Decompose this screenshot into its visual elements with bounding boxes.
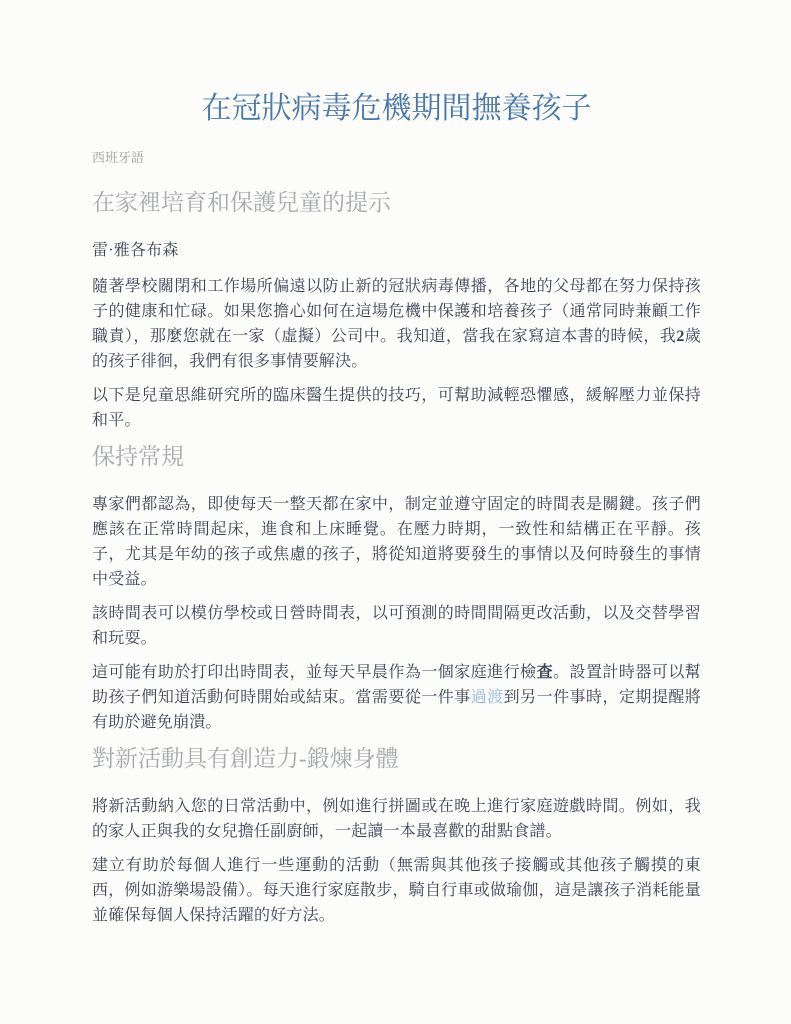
paragraph: 這可能有助於打印出時間表，並每天早晨作為一個家庭進行檢查。設置計時器可以幫助孩子… bbox=[92, 660, 701, 735]
paragraph: 該時間表可以模仿學校或日營時間表，以可預測的時間間隔更改活動，以及交替學習和玩耍… bbox=[92, 601, 701, 651]
bold-text: 查 bbox=[537, 664, 553, 681]
paragraph: 專家們都認為，即使每天一整天都在家中，制定並遵守固定的時間表是關鍵。孩子們應該在… bbox=[92, 492, 701, 592]
text-run: 建立有助於每個人進行一些運動的活動（無需與其他孩子接觸或其他孩子觸摸的東西，例如… bbox=[92, 857, 701, 924]
language-link[interactable]: 西班牙語 bbox=[92, 149, 144, 166]
section-heading-routine: 保持常規 bbox=[92, 442, 701, 472]
subtitle-heading: 在家裡培育和保護兒童的提示 bbox=[92, 188, 701, 218]
section-routine-paragraphs: 專家們都認為，即使每天一整天都在家中，制定並遵守固定的時間表是關鍵。孩子們應該在… bbox=[92, 492, 701, 735]
section-activities-paragraphs: 將新活動納入您的日常活動中，例如進行拼圖或在晚上進行家庭遊戲時間。例如，我的家人… bbox=[92, 794, 701, 928]
paragraph: 將新活動納入您的日常活動中，例如進行拼圖或在晚上進行家庭遊戲時間。例如，我的家人… bbox=[92, 794, 701, 844]
text-run: 隨著學校關閉和工作場所偏遠以防止新的冠狀病毒傳播，各地的父母都在努力保持孩子的健… bbox=[92, 278, 701, 345]
paragraph: 建立有助於每個人進行一些運動的活動（無需與其他孩子接觸或其他孩子觸摸的東西，例如… bbox=[92, 853, 701, 928]
text-run: 專家們都認為，即使每天一整天都在家中，制定並遵守固定的時間表是關鍵。孩子們應該在… bbox=[92, 496, 701, 588]
section-heading-activities: 對新活動具有創造力-鍛煉身體 bbox=[92, 744, 701, 774]
paragraph: 隨著學校關閉和工作場所偏遠以防止新的冠狀病毒傳播，各地的父母都在努力保持孩子的健… bbox=[92, 274, 701, 374]
page-title: 在冠狀病毒危機期間撫養孩子 bbox=[92, 89, 701, 128]
bold-text: 2 bbox=[676, 328, 684, 345]
text-run: 該時間表可以模仿學校或日營時間表，以可預測的時間間隔更改活動，以及交替學習和玩耍… bbox=[92, 605, 701, 647]
paragraph: 以下是兒童思維研究所的臨床醫生提供的技巧，可幫助減輕恐懼感，緩解壓力並保持和平。 bbox=[92, 383, 701, 433]
author-byline: 雷·雅各布森 bbox=[92, 238, 701, 263]
text-run: 以下是兒童思維研究所的臨床醫生提供的技巧，可幫助減輕恐懼感，緩解壓力並保持和平。 bbox=[92, 387, 701, 429]
text-run: 這可能有助於打印出時間表，並每天早晨作為一個家庭進行檢 bbox=[92, 664, 537, 681]
inline-link[interactable]: 過渡 bbox=[471, 689, 504, 706]
text-run: 將新活動納入您的日常活動中，例如進行拼圖或在晚上進行家庭遊戲時間。例如，我的家人… bbox=[92, 798, 701, 840]
intro-paragraphs: 隨著學校關閉和工作場所偏遠以防止新的冠狀病毒傳播，各地的父母都在努力保持孩子的健… bbox=[92, 274, 701, 433]
document-page: 在冠狀病毒危機期間撫養孩子 西班牙語 在家裡培育和保護兒童的提示 雷·雅各布森 … bbox=[0, 0, 791, 1024]
